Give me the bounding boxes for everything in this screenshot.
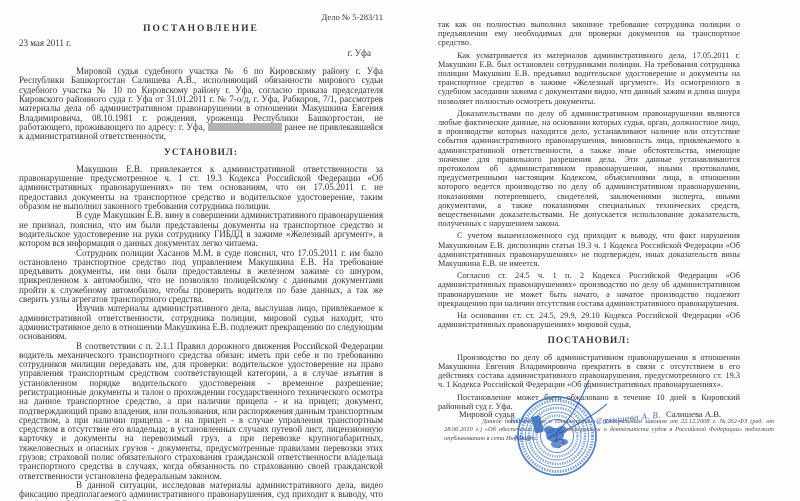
scanned-court-ruling: Дело № 5-283/11 ПОСТАНОВЛЕНИЕ 23 мая 201… [0, 0, 800, 501]
left-page-body: УСТАНОВИЛ:Макушкин Е.В. привлекается к а… [19, 149, 383, 501]
document-city: г. Уфа [19, 49, 371, 58]
document-date: 23 мая 2011 г. [19, 39, 383, 48]
paragraph: Изучив материалы административного дела,… [19, 304, 383, 341]
section-heading: УСТАНОВИЛ: [19, 149, 383, 158]
paragraph: В соответствии с п. 2.1.1 Правил дорожно… [19, 342, 383, 481]
signature-name: Салишева А.В. [666, 410, 721, 419]
document-title: ПОСТАНОВЛЕНИЕ [19, 25, 383, 34]
section-heading: ПОСТАНОВИЛ: [438, 337, 740, 346]
paragraph: В суде Макушкин Е.В. вину в совершении а… [19, 211, 383, 248]
intro-paragraph: Мировой судья судебного участка № 6 по К… [19, 67, 383, 141]
paragraph: Макушкин Е.В. привлекается к администрат… [19, 165, 383, 211]
case-number: Дело № 5-283/11 [19, 13, 383, 22]
paragraph: Согласно ст. 24.5 ч. 1 п. 2 Кодекса Росс… [438, 271, 740, 308]
document-page-right: так как он полностью выполнил законное т… [400, 0, 800, 501]
stamp-handwriting-mir: Мир [514, 432, 532, 442]
paragraph: С учетом вышеизложенного суд приходит к … [438, 231, 740, 268]
document-page-left: Дело № 5-283/11 ПОСТАНОВЛЕНИЕ 23 мая 201… [0, 0, 400, 501]
paragraph: так как он полностью выполнил законное т… [438, 20, 740, 48]
paragraph: В данной ситуации, исследовав материалы … [19, 481, 383, 501]
paragraph: На основании ст. ст. 24.5, 29.9, 29.10 К… [438, 311, 740, 329]
redacted-address-box [208, 123, 282, 131]
paragraph: Сотрудник полиции Хасанов М.М. в суде по… [19, 249, 383, 305]
paragraph: Доказательствами по делу об администрати… [438, 109, 740, 229]
paragraph: Как усматривается из материалов админист… [438, 51, 740, 106]
